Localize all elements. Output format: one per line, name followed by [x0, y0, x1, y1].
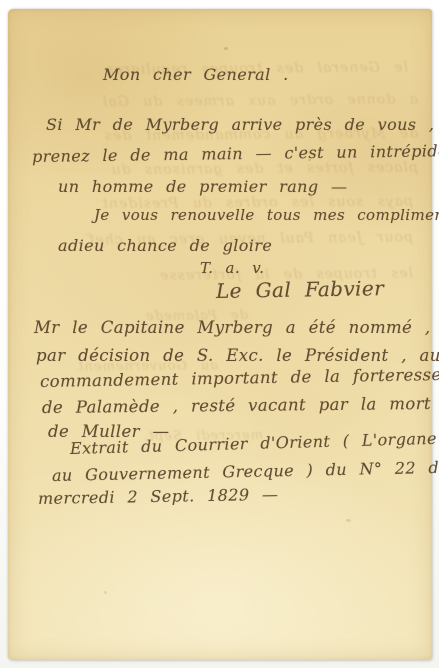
paper-speck — [346, 519, 351, 522]
letter-line: prenez le de ma main — c'est un intrépid… — [32, 141, 439, 166]
letter-line: par décision de S. Exc. le Président , a… — [36, 346, 439, 365]
letter-line: Mr le Capitaine Myrberg a été nommé , — [34, 318, 431, 337]
letter-closing: adieu chance de gloire — [58, 236, 272, 255]
letter-date-line: mercredi 2 Sept. 1829 — — [38, 485, 279, 508]
letter-line: Je vous renouvelle tous mes compliments — [94, 206, 439, 224]
letter-signature: Le Gal Fabvier — [216, 276, 384, 303]
letter-salutation: Mon cher General . — [103, 65, 289, 84]
letter-line: Si Mr de Myrberg arrive près de vous , — [46, 115, 434, 134]
letter-line: commandement important de la forteresse — [40, 365, 439, 391]
bleedthrough-text: a donne ordre aux armees du Gal — [68, 91, 418, 110]
letter-valediction: T. a. v. — [200, 259, 264, 277]
manuscript-paper: le General des troupes regulieres a donn… — [8, 9, 432, 660]
paper-speck — [104, 591, 107, 594]
letter-line: un homme de premier rang — — [58, 177, 347, 196]
scan-background: le General des troupes regulieres a donn… — [0, 0, 439, 668]
paper-speck — [224, 47, 228, 50]
letter-line: de Palamède , resté vacant par la mort — [42, 394, 431, 417]
letter-postscript: au Gouvernement Grecque ) du N° 22 de — [52, 458, 439, 485]
